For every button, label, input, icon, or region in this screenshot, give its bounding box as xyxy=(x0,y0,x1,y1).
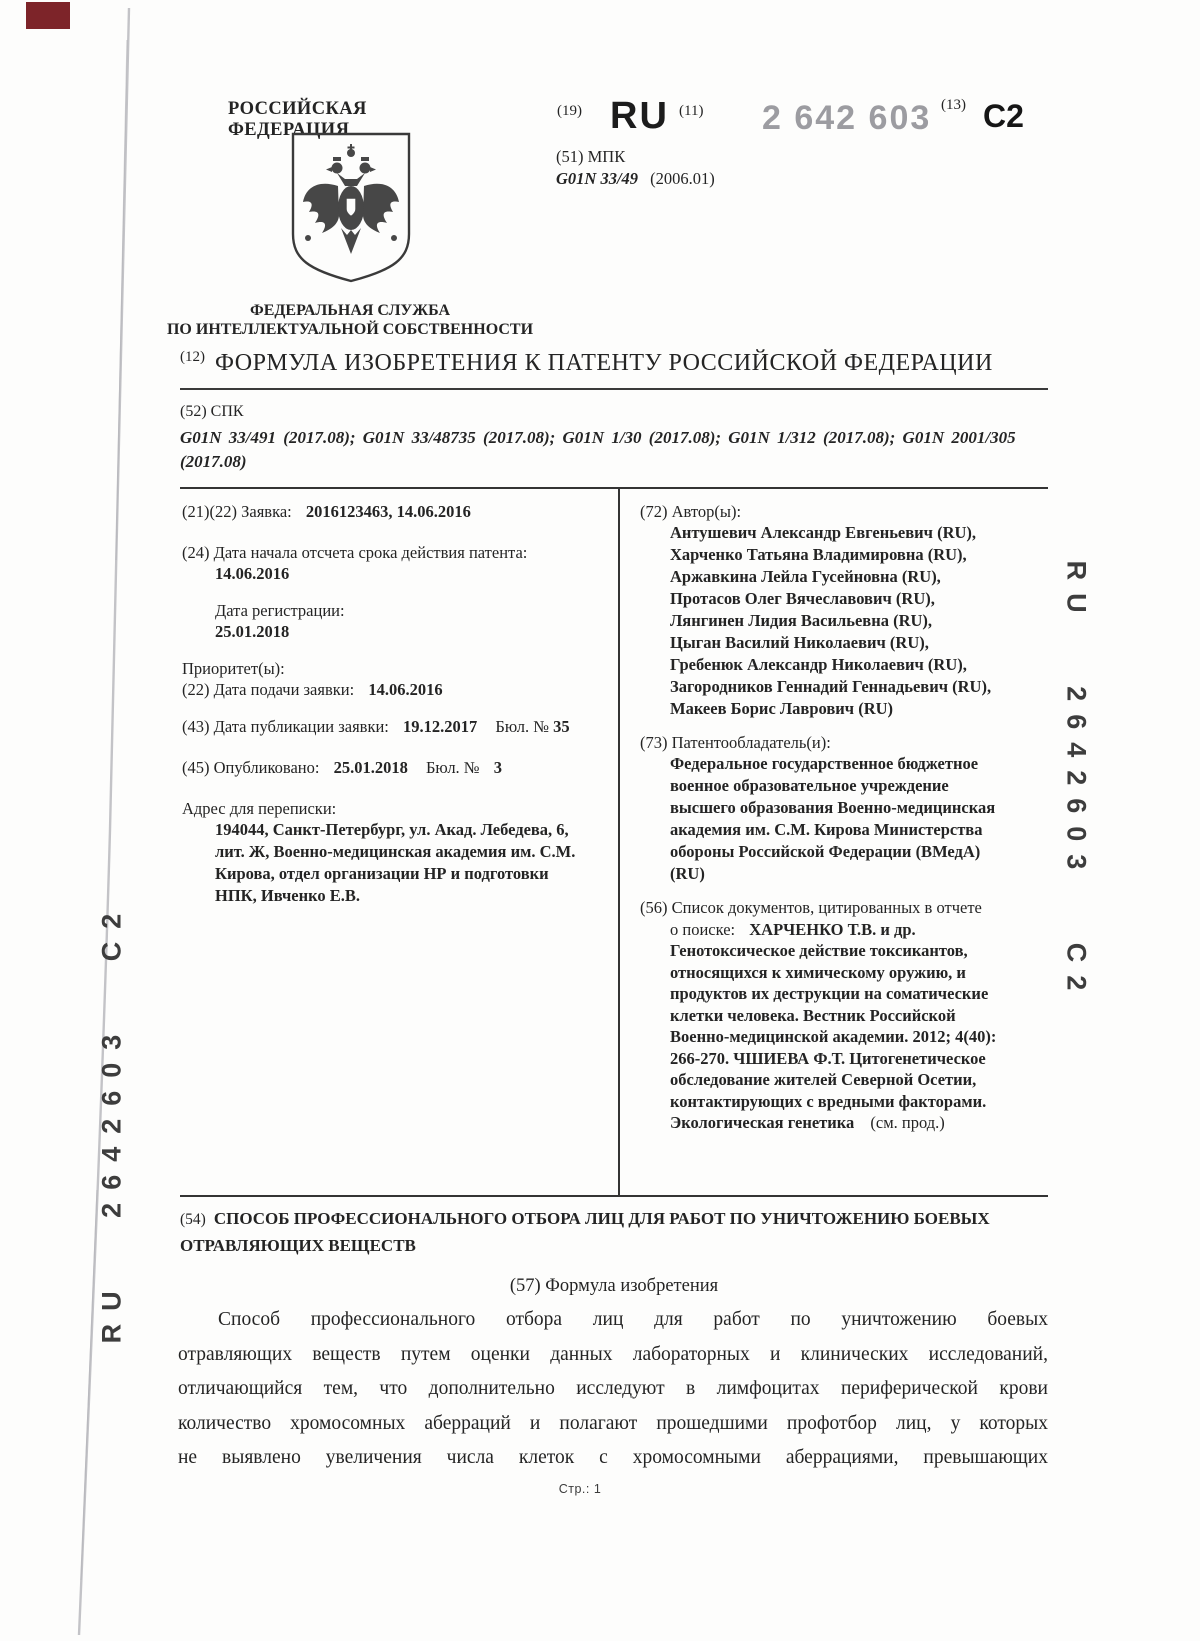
author-name: Цыган Василий Николаевич (RU), xyxy=(670,632,1042,654)
author-name: Харченко Татьяна Владимировна (RU), xyxy=(670,544,1042,566)
holder-lines: Федеральное государственное бюджетноевое… xyxy=(640,753,1042,885)
sidebar-patent-number-right: RU 2642603 C2 xyxy=(1061,561,1092,1004)
citation-lines: Генотоксическое действие токсикантов,отн… xyxy=(640,940,1042,1112)
ipc-label: (51) МПК xyxy=(556,147,625,167)
scan-corner-mark xyxy=(26,2,70,29)
publication-number-stamp: 2 642 603 xyxy=(762,99,931,138)
agency-name: ФЕДЕРАЛЬНАЯ СЛУЖБА ПО ИНТЕЛЛЕКТУАЛЬНОЙ С… xyxy=(150,301,550,339)
kind-code-19: (19) xyxy=(557,103,582,120)
correspondence-address: Адрес для переписки: 194044, Санкт-Петер… xyxy=(182,798,608,907)
address-line: Кирова, отдел организации НР и подготовк… xyxy=(215,863,608,885)
registration-row: Дата регистрации: 25.01.2018 xyxy=(182,600,608,642)
kind-code-11: (11) xyxy=(679,103,703,120)
term-start-row: (24) Дата начала отсчета срока действия … xyxy=(182,542,608,584)
claims-line: Способ профессионального отбора лиц для … xyxy=(178,1303,1048,1338)
author-name: Гребенюк Александр Николаевич (RU), xyxy=(670,654,1042,676)
holder-line: Федеральное государственное бюджетное xyxy=(670,753,1042,775)
claims-line: отравляющих веществ путем оценки данных … xyxy=(178,1338,1048,1373)
citation-line: контактирующих с вредными факторами. xyxy=(670,1091,1042,1113)
holder-line: (RU) xyxy=(670,863,1042,885)
citation-line: относящихся к химическому оружию, и xyxy=(670,962,1042,984)
kind-code-54: (54) xyxy=(180,1211,206,1228)
cpc-codes: G01N 33/491 (2017.08); G01N 33/48735 (20… xyxy=(180,426,1048,474)
holder-line: академия им. С.М. Кирова Министерства xyxy=(670,819,1042,841)
holder-line: высшего образования Военно-медицинская xyxy=(670,797,1042,819)
citation-line: Генотоксическое действие токсикантов, xyxy=(670,940,1042,962)
claims-heading: (57) Формула изобретения xyxy=(180,1276,1048,1297)
holder-line: военное образовательное учреждение xyxy=(670,775,1042,797)
author-name: Лянгинен Лидия Васильевна (RU), xyxy=(670,610,1042,632)
document-type-heading: (12) ФОРМУЛА ИЗОБРЕТЕНИЯ К ПАТЕНТУ РОССИ… xyxy=(180,349,1048,390)
authors-list: Антушевич Александр Евгеньевич (RU),Харч… xyxy=(640,522,1042,720)
address-line: 194044, Санкт-Петербург, ул. Акад. Лебед… xyxy=(215,819,608,841)
claims-line: не выявлено увеличения числа клеток с хр… xyxy=(178,1441,1048,1476)
claims-text: Способ профессионального отбора лиц для … xyxy=(178,1303,1048,1476)
authors-label: (72) Автор(ы): xyxy=(640,501,1042,522)
author-name: Протасов Олег Вячеславович (RU), xyxy=(670,588,1042,610)
application-row: (21)(22) Заявка: 2016123463, 14.06.2016 xyxy=(182,501,608,522)
document-kind: C2 xyxy=(983,98,1024,135)
claims-line: отличающийся тем, что дополнительно иссл… xyxy=(178,1372,1048,1407)
citations-label: (56) Список документов, цитированных в о… xyxy=(640,897,1042,919)
author-name: Аржавкина Лейла Гусейновна (RU), xyxy=(670,566,1042,588)
holder-line: обороны Российской Федерации (ВМедА) xyxy=(670,841,1042,863)
address-lines: 194044, Санкт-Петербург, ул. Акад. Лебед… xyxy=(182,819,608,907)
address-line: лит. Ж, Военно-медицинская академия им. … xyxy=(215,841,608,863)
cpc-label: (52) СПК xyxy=(180,403,1048,421)
priority-row: Приоритет(ы): (22) Дата подачи заявки: 1… xyxy=(182,658,608,700)
author-name: Антушевич Александр Евгеньевич (RU), xyxy=(670,522,1042,544)
kind-code-12: (12) xyxy=(180,349,205,365)
country-code: RU xyxy=(610,95,669,138)
citation-line: 266-270. ЧШИЕВА Ф.Т. Цитогенетическое xyxy=(670,1048,1042,1070)
address-line: НПК, Ивченко Е.В. xyxy=(215,885,608,907)
patent-document-page: RU 2642603 C2 RU 2642603 C2 РОССИЙСКАЯ Ф… xyxy=(0,0,1200,1641)
patent-holder-section: (73) Патентообладатель(и): Федеральное г… xyxy=(640,732,1042,885)
bibliographic-table: (21)(22) Заявка: 2016123463, 14.06.2016 … xyxy=(180,487,1048,1197)
application-publication-row: (43) Дата публикации заявки: 19.12.2017 … xyxy=(182,716,608,737)
russia-coat-of-arms-icon xyxy=(286,128,416,288)
sidebar-patent-number-left: RU 2642603 C2 xyxy=(97,901,128,1344)
page-number: Стр.: 1 xyxy=(180,1482,980,1496)
citation-line: обследование жителей Северной Осетии, xyxy=(670,1069,1042,1091)
ipc-code: G01N 33/49 xyxy=(556,169,638,188)
holder-label: (73) Патентообладатель(и): xyxy=(640,732,1042,753)
cpc-section: (52) СПК G01N 33/491 (2017.08); G01N 33/… xyxy=(180,403,1048,474)
claims-line: количество хромосомных аберраций и полаг… xyxy=(178,1407,1048,1442)
citation-line: клетки человека. Вестник Российской xyxy=(670,1005,1042,1027)
ipc-classification: G01N 33/49 (2006.01) xyxy=(556,169,715,189)
ipc-year: (2006.01) xyxy=(650,169,715,188)
author-name: Загородников Геннадий Геннадьевич (RU), xyxy=(670,676,1042,698)
author-name: Макеев Борис Лаврович (RU) xyxy=(670,698,1042,720)
kind-code-13: (13) xyxy=(941,97,966,114)
published-row: (45) Опубликовано: 25.01.2018 Бюл. № 3 xyxy=(182,757,608,778)
citation-line: продуктов их деструкции на соматические xyxy=(670,983,1042,1005)
biblio-right-column: (72) Автор(ы): Антушевич Александр Евген… xyxy=(618,489,1048,1195)
invention-title: (54)СПОСОБ ПРОФЕССИОНАЛЬНОГО ОТБОРА ЛИЦ … xyxy=(180,1206,1066,1259)
citation-line: Военно-медицинской академии. 2012; 4(40)… xyxy=(670,1026,1042,1048)
authors-section: (72) Автор(ы): Антушевич Александр Евген… xyxy=(640,501,1042,720)
biblio-left-column: (21)(22) Заявка: 2016123463, 14.06.2016 … xyxy=(180,489,618,1195)
citations-section: (56) Список документов, цитированных в о… xyxy=(640,897,1042,1134)
